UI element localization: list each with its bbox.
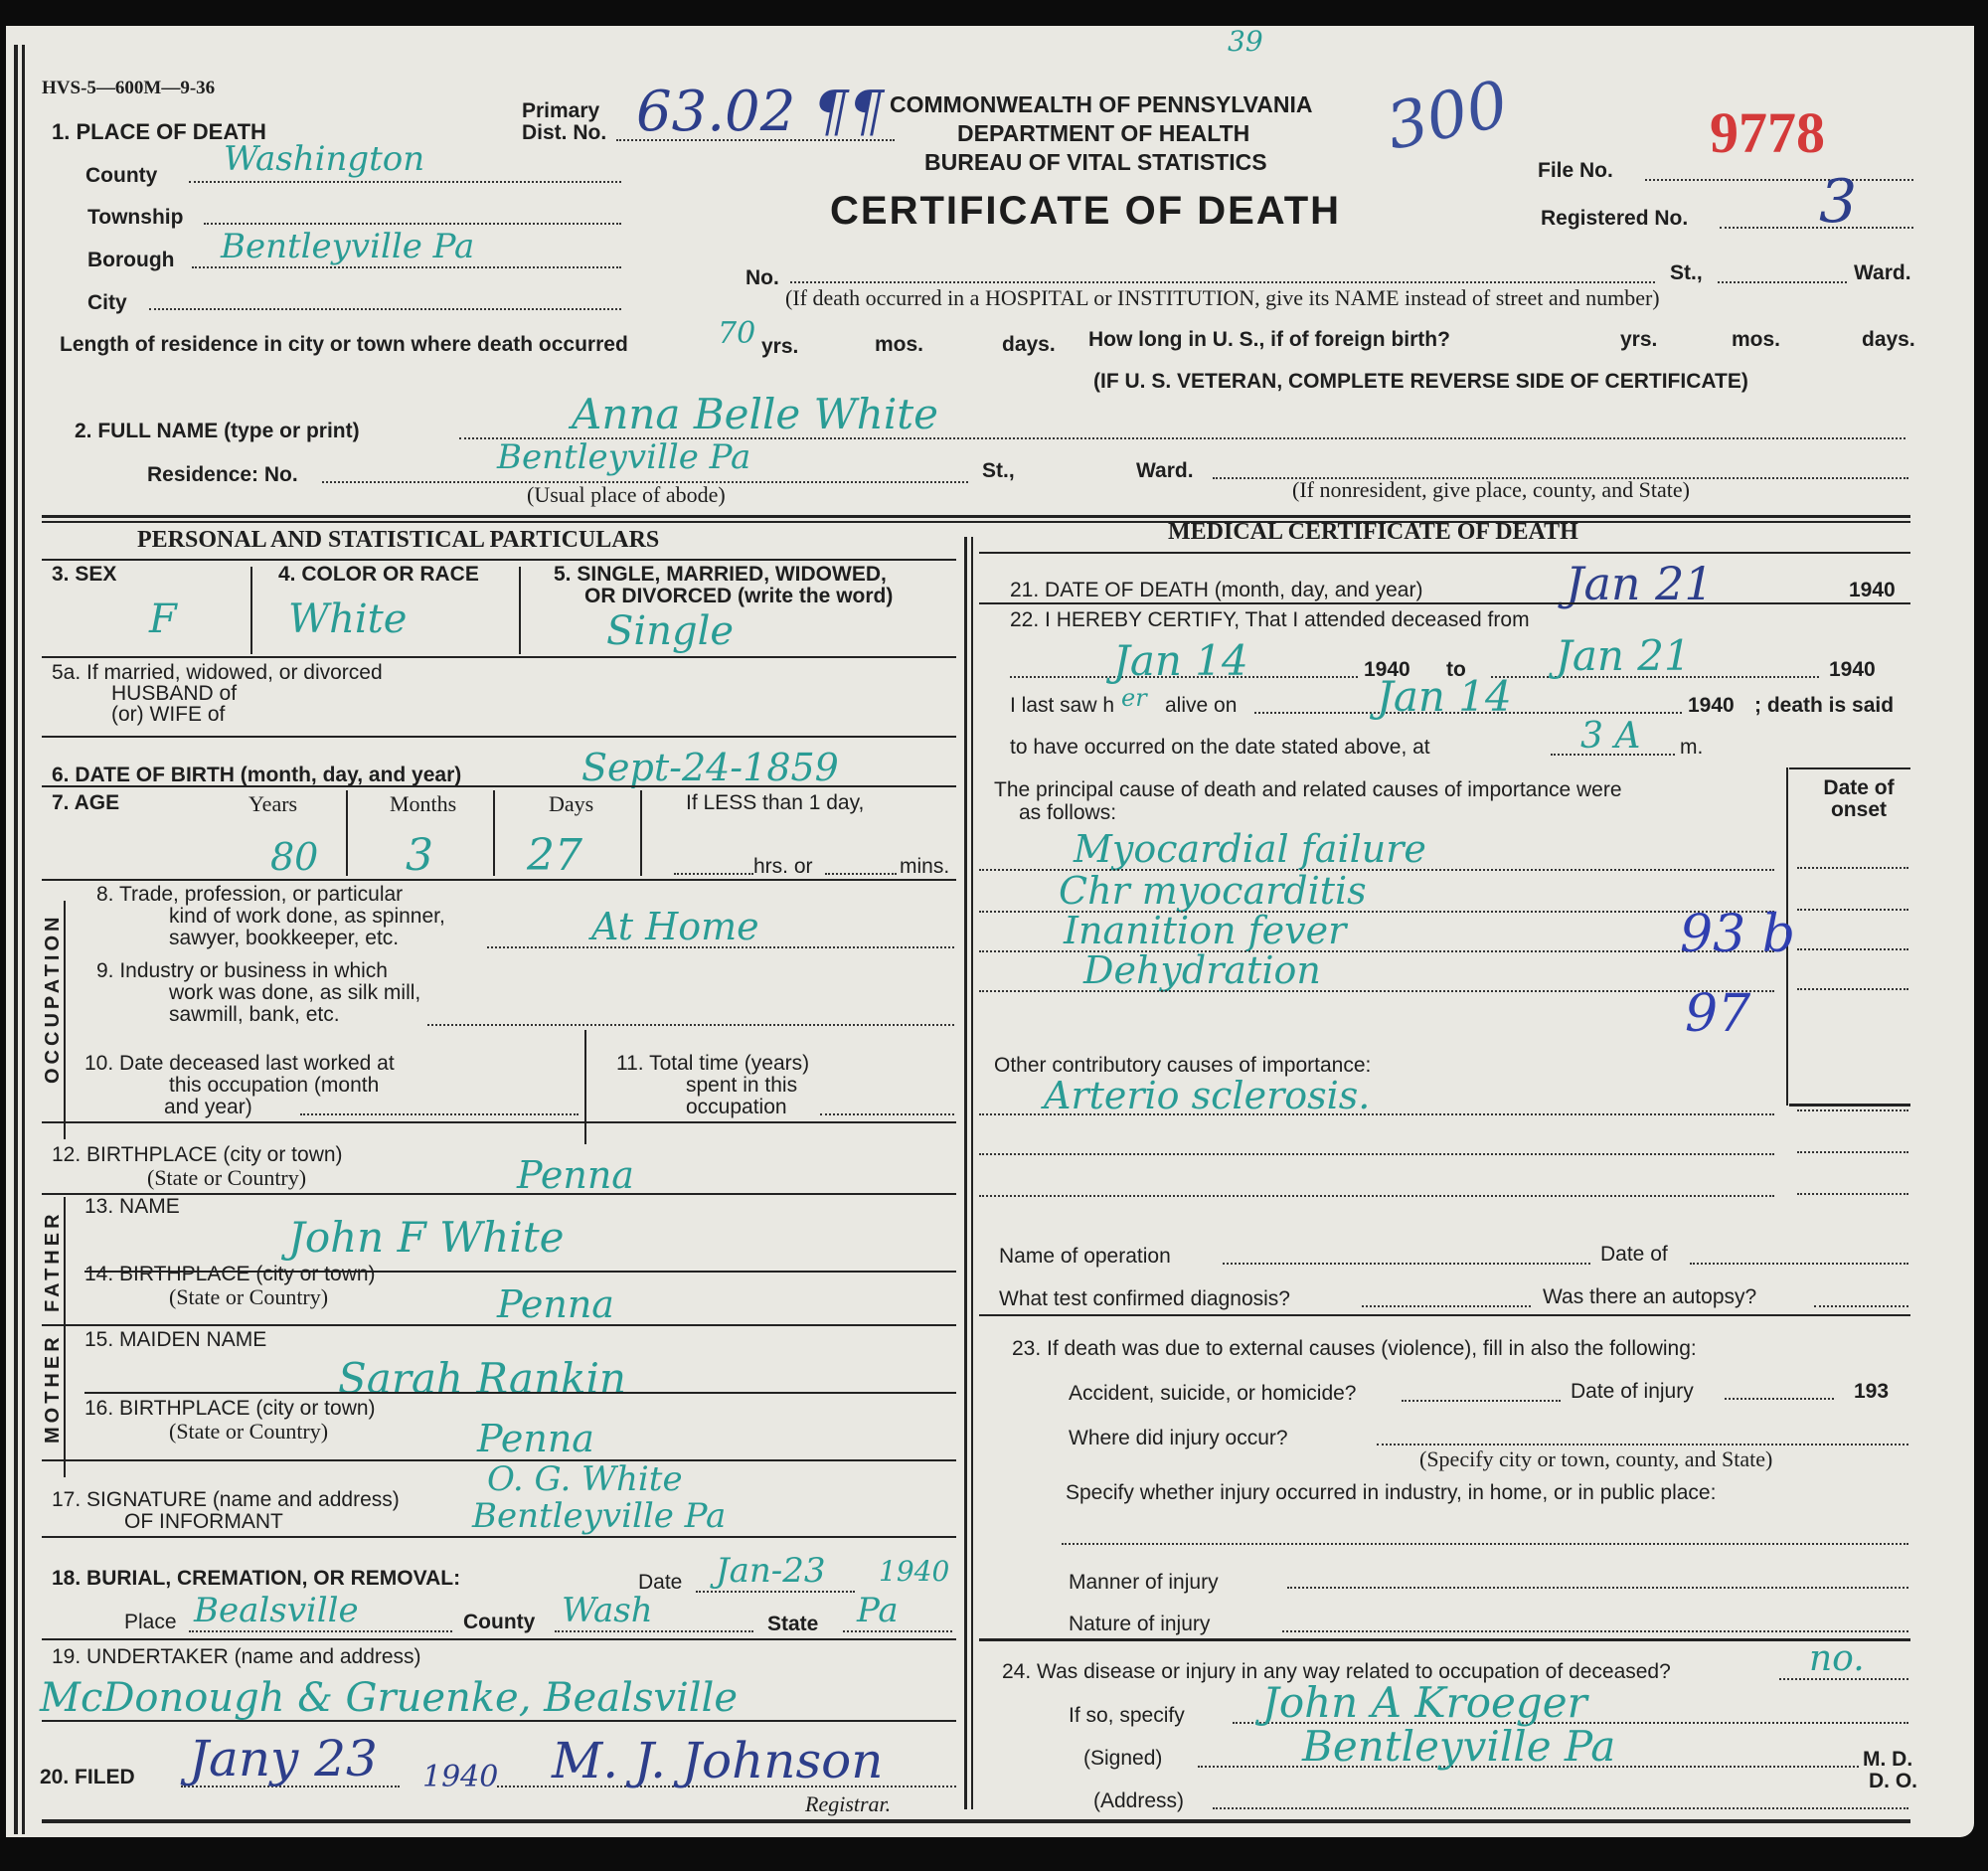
operation-date-label: Date of [1600, 1243, 1668, 1267]
mos-label: mos. [875, 333, 923, 357]
injury-place-type-label: Specify whether injury occurred in indus… [1066, 1481, 1716, 1505]
trade-label-3: sawyer, bookkeeper, etc. [169, 927, 399, 950]
township-label: Township [87, 206, 183, 230]
m-label: m. [1680, 736, 1703, 760]
marital-label-1: 5. SINGLE, MARRIED, WIDOWED, [554, 563, 887, 587]
residence-st-label: St., [982, 459, 1015, 483]
specify-place-note: (Specify city or town, county, and State… [1419, 1446, 1772, 1472]
marital-label-2: OR DIVORCED (write the word) [584, 585, 893, 608]
industry-label-2: work was done, as silk mill, [169, 981, 420, 1005]
primary-dist-value: 63.02 ¶¶ [636, 80, 884, 144]
issuer-line-3: BUREAU OF VITAL STATISTICS [924, 149, 1267, 176]
accident-label: Accident, suicide, or homicide? [1069, 1382, 1356, 1406]
date-of-onset-label: Date of onset [1819, 777, 1899, 821]
foreign-birth-label: How long in U. S., if of foreign birth? [1088, 328, 1450, 352]
cause-of-death-entry: Dehydration [1083, 948, 1321, 992]
county-value: Washington [224, 139, 424, 179]
principal-cause-label-2: as follows: [1019, 801, 1116, 825]
informant-label-2: OF INFORMANT [124, 1510, 283, 1534]
days-label: days. [1002, 333, 1056, 357]
residence-length-label: Length of residence in city or town wher… [60, 333, 628, 357]
last-worked-label-1: 10. Date deceased last worked at [84, 1052, 395, 1076]
months-label: Months [390, 791, 456, 817]
burial-date-value: Jan-23 [716, 1551, 826, 1591]
autopsy-label: Was there an autopsy? [1543, 1285, 1756, 1309]
total-time-label-1: 11. Total time (years) [616, 1052, 809, 1076]
mother-birthplace-label-1: 16. BIRTHPLACE (city or town) [84, 1397, 376, 1421]
father-name-value: John F White [288, 1213, 564, 1262]
father-birthplace-label-2: (State or Country) [169, 1284, 328, 1310]
foreign-yrs-label: yrs. [1620, 328, 1657, 352]
md-label: M. D. [1863, 1748, 1912, 1772]
father-name-label: 13. NAME [84, 1195, 180, 1219]
less-than-day-label: If LESS than 1 day, [686, 791, 864, 815]
mother-name-value: Sarah Rankin [338, 1354, 626, 1403]
hrs-label: hrs. or [753, 855, 813, 879]
full-name-value: Anna Belle White [572, 390, 938, 438]
primary-dist-label-2: Dist. No. [522, 121, 606, 145]
residence-years-value: 70 [718, 316, 755, 351]
burial-state-value: Pa [857, 1591, 899, 1630]
residence-ward-label: Ward. [1136, 459, 1194, 483]
undertaker-label: 19. UNDERTAKER (name and address) [52, 1645, 421, 1669]
usual-place-note: (Usual place of abode) [527, 482, 726, 508]
father-vertical-label: FATHER [42, 1210, 65, 1312]
burial-year-value: 1940 [879, 1555, 949, 1588]
attended-to-value: Jan 21 [1556, 631, 1691, 680]
mins-label: mins. [900, 855, 949, 879]
residence-value: Bentleyville Pa [497, 437, 750, 477]
alive-on-label: alive on [1165, 694, 1237, 718]
physician-address: Bentleyville Pa [1302, 1722, 1615, 1771]
cause-of-death-entry: Chr myocarditis [1059, 869, 1367, 913]
manner-label: Manner of injury [1069, 1571, 1219, 1595]
medical-heading: MEDICAL CERTIFICATE OF DEATH [1168, 519, 1578, 546]
where-injury-label: Where did injury occur? [1069, 1427, 1288, 1450]
borough-label: Borough [87, 249, 174, 272]
yrs-label: yrs. [761, 335, 798, 359]
personal-heading: PERSONAL AND STATISTICAL PARTICULARS [137, 527, 659, 554]
nature-label: Nature of injury [1069, 1613, 1210, 1636]
cause-of-death-entry: Inanition fever [1064, 909, 1346, 952]
foreign-mos-label: mos. [1732, 328, 1780, 352]
birthplace-label-2: (State or Country) [147, 1165, 306, 1191]
filed-date-value: Jany 23 [189, 1730, 378, 1787]
industry-label-1: 9. Industry or business in which [96, 959, 388, 983]
signed-label: (Signed) [1083, 1747, 1162, 1771]
certify-label: 22. I HEREBY CERTIFY, That I attended de… [1010, 608, 1530, 632]
trade-label-1: 8. Trade, profession, or particular [96, 883, 403, 907]
registered-no-value: 3 [1819, 167, 1857, 237]
contributory-value: Arterio sclerosis. [1044, 1074, 1370, 1117]
informant-name-value: O. G. White [487, 1459, 683, 1499]
total-time-label-3: occupation [686, 1096, 787, 1119]
burial-state-label: State [767, 1613, 818, 1636]
last-worked-label-3: and year) [164, 1096, 252, 1119]
date-of-death-label: 21. DATE OF DEATH (month, day, and year) [1010, 579, 1422, 602]
external-causes-label: 23. If death was due to external causes … [1012, 1337, 1697, 1361]
father-birthplace-value: Penna [497, 1282, 614, 1326]
top-annotation: 39 [1228, 25, 1263, 58]
border-left-inner [22, 45, 25, 1834]
foreign-days-label: days. [1862, 328, 1915, 352]
street-no-label: No. [745, 266, 779, 290]
informant-address-value: Bentleyville Pa [472, 1496, 726, 1536]
issuer-line-2: DEPARTMENT OF HEALTH [957, 120, 1249, 147]
full-name-label: 2. FULL NAME (type or print) [75, 420, 360, 443]
principal-cause-label-1: The principal cause of death and related… [994, 778, 1622, 802]
occupation-related-value: no. [1809, 1638, 1865, 1679]
ward-label: Ward. [1854, 261, 1911, 285]
registered-no-label: Registered No. [1541, 207, 1688, 231]
time-of-death-value: 3 A [1580, 716, 1640, 757]
cause-code-1: 93 b [1680, 905, 1795, 964]
form-code: HVS-5—600M—9-36 [42, 78, 215, 99]
city-label: City [87, 291, 127, 315]
burial-county-label: County [463, 1611, 535, 1634]
father-birthplace-label-1: 14. BIRTHPLACE (city or town) [84, 1263, 376, 1286]
marital-value: Single [606, 608, 734, 654]
attended-to-year: 1940 [1829, 658, 1876, 682]
undertaker-value: McDonough & Gruenke, Bealsville [40, 1675, 738, 1721]
dob-value: Sept-24-1859 [581, 746, 839, 789]
operation-label: Name of operation [999, 1245, 1171, 1269]
street-label: St., [1670, 261, 1703, 285]
dob-label: 6. DATE OF BIRTH (month, day, and year) [52, 764, 461, 787]
veteran-note: (IF U. S. VETERAN, COMPLETE REVERSE SIDE… [1093, 370, 1748, 394]
age-days-value: 27 [527, 830, 582, 881]
address-label: (Address) [1093, 1789, 1184, 1813]
burial-place-value: Bealsville [194, 1591, 359, 1630]
industry-label-3: sawmill, bank, etc. [169, 1003, 340, 1027]
date-of-death-year: 1940 [1849, 579, 1896, 602]
border-left-outer [14, 45, 18, 1834]
mother-birthplace-label-2: (State or Country) [169, 1419, 328, 1445]
birthplace-value: Penna [517, 1153, 634, 1197]
last-saw-year: 1940 [1688, 694, 1735, 718]
test-confirmed-label: What test confirmed diagnosis? [999, 1287, 1290, 1311]
trade-label-2: kind of work done, as spinner, [169, 905, 445, 929]
cause-of-death-entry: Myocardial failure [1074, 827, 1426, 871]
sex-label: 3. SEX [52, 563, 116, 587]
mother-name-label: 15. MAIDEN NAME [84, 1328, 266, 1352]
burial-county-value: Wash [562, 1591, 653, 1630]
primary-dist-label: Primary [522, 99, 599, 123]
injury-date-label: Date of injury [1571, 1380, 1694, 1404]
years-label: Years [248, 791, 297, 817]
mother-birthplace-value: Penna [477, 1417, 594, 1460]
race-label: 4. COLOR OR RACE [278, 563, 479, 587]
borough-value: Bentleyville Pa [221, 227, 474, 266]
occupation-vertical-label: OCCUPATION [42, 914, 65, 1084]
death-said-label: ; death is said [1754, 694, 1894, 718]
days-label: Days [549, 791, 593, 817]
residence-label: Residence: No. [147, 463, 298, 487]
injury-year: 193 [1854, 1380, 1889, 1404]
registrar-label: Registrar. [805, 1791, 891, 1817]
if-so-label: If so, specify [1069, 1704, 1185, 1728]
spouse-label-3: (or) WIFE of [111, 703, 225, 727]
registrar-signature: M. J. Johnson [552, 1732, 883, 1789]
do-label: D. O. [1869, 1770, 1917, 1793]
sex-value: F [149, 596, 177, 642]
mother-vertical-label: MOTHER [42, 1333, 65, 1444]
trade-value: At Home [591, 905, 759, 948]
file-no-label: File No. [1538, 159, 1613, 183]
total-time-label-2: spent in this [686, 1074, 797, 1098]
nonresident-note: (If nonresident, give place, county, and… [1292, 477, 1690, 503]
last-saw-date-value: Jan 14 [1377, 672, 1512, 721]
occurred-label: to have occurred on the date stated abov… [1010, 736, 1430, 760]
burial-place-label: Place [124, 1611, 177, 1634]
age-years-value: 80 [270, 835, 318, 879]
issuer-line-1: COMMONWEALTH OF PENNSYLVANIA [890, 91, 1312, 118]
last-saw-pronoun: er [1121, 684, 1147, 712]
certificate-title: CERTIFICATE OF DEATH [830, 189, 1341, 234]
hospital-note: (If death occurred in a HOSPITAL or INST… [785, 285, 1660, 311]
birthplace-label-1: 12. BIRTHPLACE (city or town) [52, 1143, 343, 1167]
attended-from-value: Jan 14 [1113, 636, 1248, 685]
race-value: White [288, 596, 407, 642]
county-label: County [85, 164, 157, 188]
age-months-value: 3 [406, 830, 433, 881]
cause-code-2: 97 [1685, 984, 1750, 1044]
physician-signature: John A Kroeger [1262, 1678, 1587, 1727]
filed-year-value: 1940 [422, 1760, 498, 1794]
file-number-stamp: 9778 [1710, 99, 1825, 166]
last-worked-label-2: this occupation (month [169, 1074, 379, 1098]
informant-label-1: 17. SIGNATURE (name and address) [52, 1488, 400, 1512]
filed-label: 20. FILED [40, 1766, 135, 1789]
burial-label: 18. BURIAL, CREMATION, OR REMOVAL: [52, 1567, 460, 1591]
last-saw-label: I last saw h [1010, 694, 1114, 718]
age-label: 7. AGE [52, 791, 119, 815]
